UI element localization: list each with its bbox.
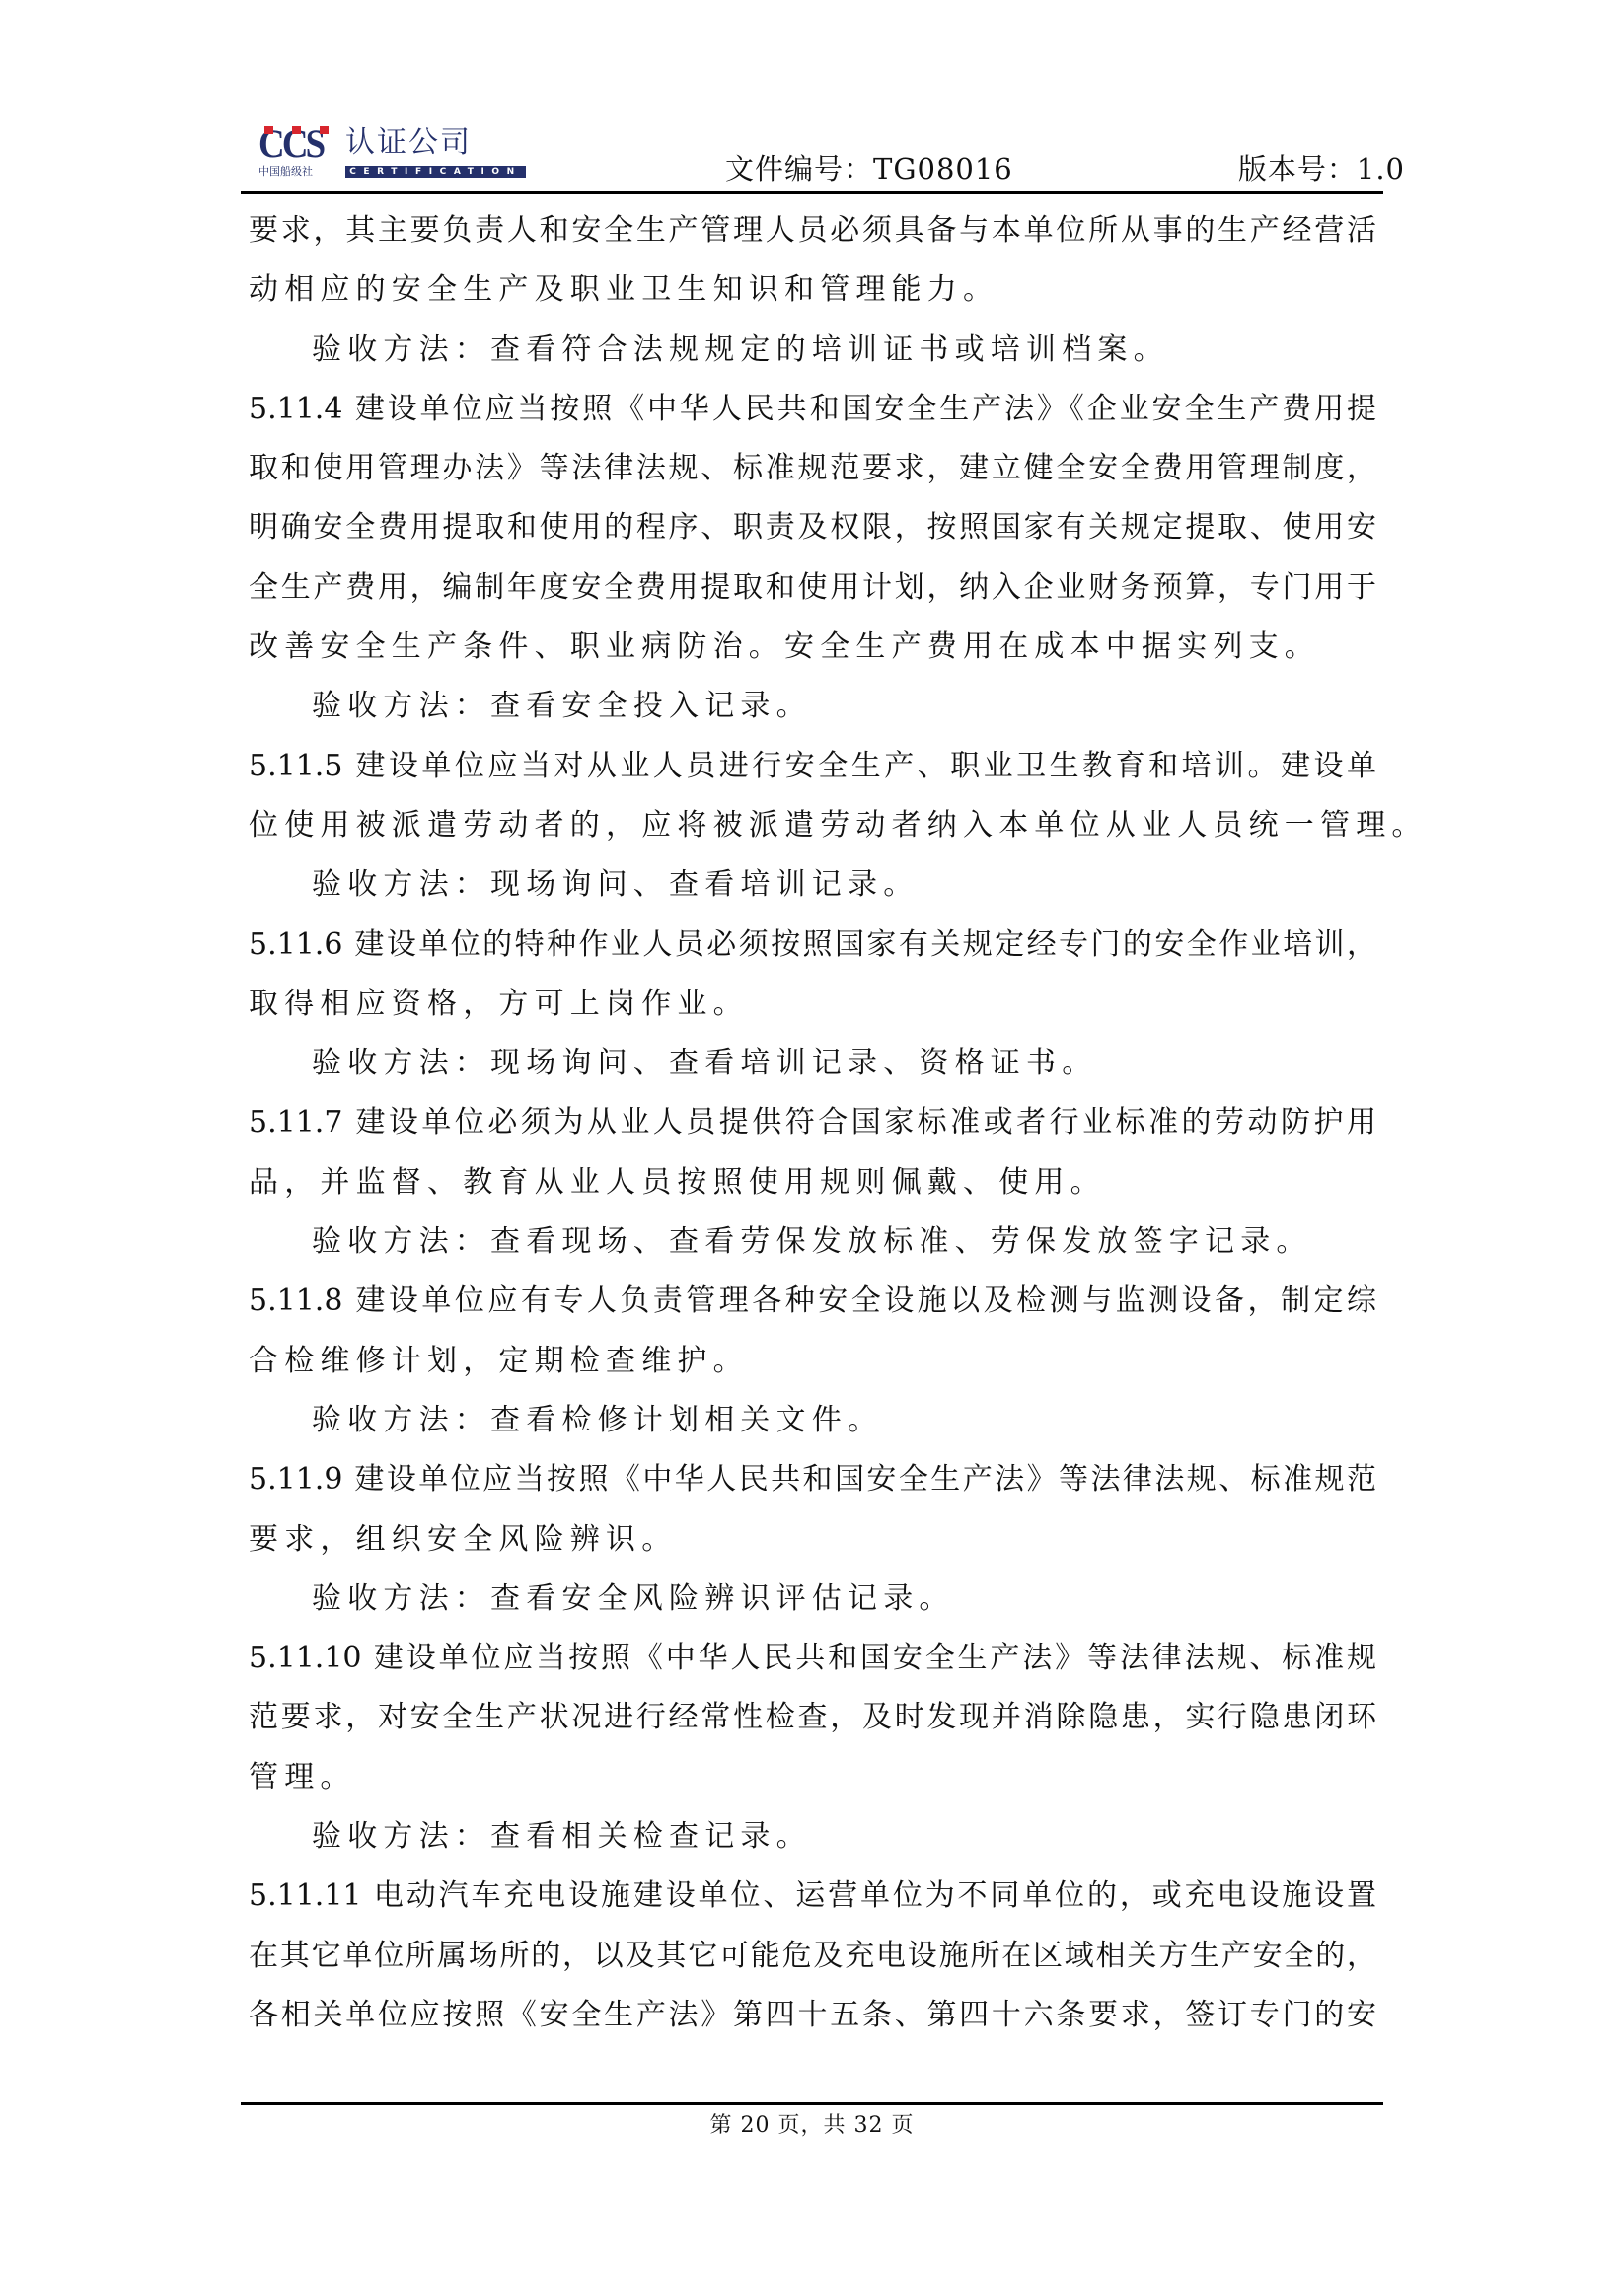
- version-number: 版本号：1.0: [1238, 152, 1405, 185]
- paragraph-line: 位使用被派遣劳动者的，应将被派遣劳动者纳入本单位从业人员统一管理。: [249, 796, 1376, 855]
- paragraph-line: 5.11.10 建设单位应当按照《中华人民共和国安全生产法》等法律法规、标准规: [249, 1629, 1376, 1688]
- acceptance-method-line: 验收方法：现场询问、查看培训记录。: [249, 855, 1376, 915]
- acceptance-method-line: 验收方法：查看符合法规规定的培训证书或培训档案。: [249, 321, 1376, 380]
- ccs-certification-logo: CCS 认证公司 中国船级社 CERTIFICATION: [258, 124, 545, 180]
- paragraph-line: 动相应的安全生产及职业卫生知识和管理能力。: [249, 260, 1376, 320]
- paragraph-line: 取和使用管理办法》等法律法规、标准规范要求，建立健全安全费用管理制度，: [249, 439, 1376, 498]
- logo-parent-name: 中国船级社: [258, 166, 313, 178]
- paragraph-line: 各相关单位应按照《安全生产法》第四十五条、第四十六条要求，签订专门的安: [249, 1986, 1376, 2045]
- paragraph-line: 明确安全费用提取和使用的程序、职责及权限，按照国家有关规定提取、使用安: [249, 498, 1376, 557]
- acceptance-method-line: 验收方法：查看现场、查看劳保发放标准、劳保发放签字记录。: [249, 1212, 1376, 1272]
- paragraph-line: 改善安全生产条件、职业病防治。安全生产费用在成本中据实列支。: [249, 618, 1376, 677]
- paragraph-line: 5.11.8 建设单位应有专人负责管理各种安全设施以及检测与监测设备，制定综: [249, 1272, 1376, 1331]
- acceptance-method-line: 验收方法：查看检修计划相关文件。: [249, 1391, 1376, 1450]
- page-number: 第 20 页，共 32 页: [241, 2111, 1383, 2141]
- logo-red-accent-icon: [292, 126, 301, 134]
- paragraph-line: 5.11.5 建设单位应当对从业人员进行安全生产、职业卫生教育和培训。建设单: [249, 737, 1376, 796]
- paragraph-line: 合检维修计划，定期检查维护。: [249, 1332, 1376, 1391]
- paragraph-line: 品，并监督、教育从业人员按照使用规则佩戴、使用。: [249, 1153, 1376, 1212]
- paragraph-line: 5.11.6 建设单位的特种作业人员必须按照国家有关规定经专门的安全作业培训，: [249, 916, 1376, 975]
- paragraph-line: 取得相应资格，方可上岗作业。: [249, 975, 1376, 1034]
- acceptance-method-line: 验收方法：现场询问、查看培训记录、资格证书。: [249, 1034, 1376, 1093]
- paragraph-line: 管理。: [249, 1748, 1376, 1807]
- document-body: 要求，其主要负责人和安全生产管理人员必须具备与本单位所从事的生产经营活动相应的安…: [249, 201, 1376, 2045]
- logo-tagline: CERTIFICATION: [345, 166, 526, 178]
- paragraph-line: 范要求，对安全生产状况进行经常性检查，及时发现并消除隐患，实行隐患闭环: [249, 1688, 1376, 1747]
- acceptance-method-line: 验收方法：查看相关检查记录。: [249, 1807, 1376, 1867]
- paragraph-line: 要求，组织安全风险辨识。: [249, 1510, 1376, 1570]
- paragraph-line: 5.11.7 建设单位必须为从业人员提供符合国家标准或者行业标准的劳动防护用: [249, 1093, 1376, 1152]
- logo-red-accent-icon: [264, 126, 273, 134]
- logo-red-accent-icon: [320, 126, 329, 134]
- footer-divider: [241, 2102, 1383, 2105]
- paragraph-line: 5.11.9 建设单位应当按照《中华人民共和国安全生产法》等法律法规、标准规范: [249, 1450, 1376, 1509]
- document-number: 文件编号：TG08016: [725, 152, 1013, 185]
- paragraph-line: 全生产费用，编制年度安全费用提取和使用计划，纳入企业财务预算，专门用于: [249, 558, 1376, 618]
- paragraph-line: 5.11.4 建设单位应当按照《中华人民共和国安全生产法》《企业安全生产费用提: [249, 380, 1376, 439]
- paragraph-line: 5.11.11 电动汽车充电设施建设单位、运营单位为不同单位的，或充电设施设置: [249, 1867, 1376, 1926]
- acceptance-method-line: 验收方法：查看安全风险辨识评估记录。: [249, 1570, 1376, 1629]
- header-divider: [241, 191, 1383, 194]
- paragraph-line: 要求，其主要负责人和安全生产管理人员必须具备与本单位所从事的生产经营活: [249, 201, 1376, 260]
- document-page: CCS 认证公司 中国船级社 CERTIFICATION 文件编号：TG0801…: [0, 0, 1624, 2273]
- acceptance-method-line: 验收方法：查看安全投入记录。: [249, 677, 1376, 736]
- logo-company-name: 认证公司: [345, 126, 472, 160]
- paragraph-line: 在其它单位所属场所的，以及其它可能危及充电设施所在区域相关方生产安全的，: [249, 1927, 1376, 1986]
